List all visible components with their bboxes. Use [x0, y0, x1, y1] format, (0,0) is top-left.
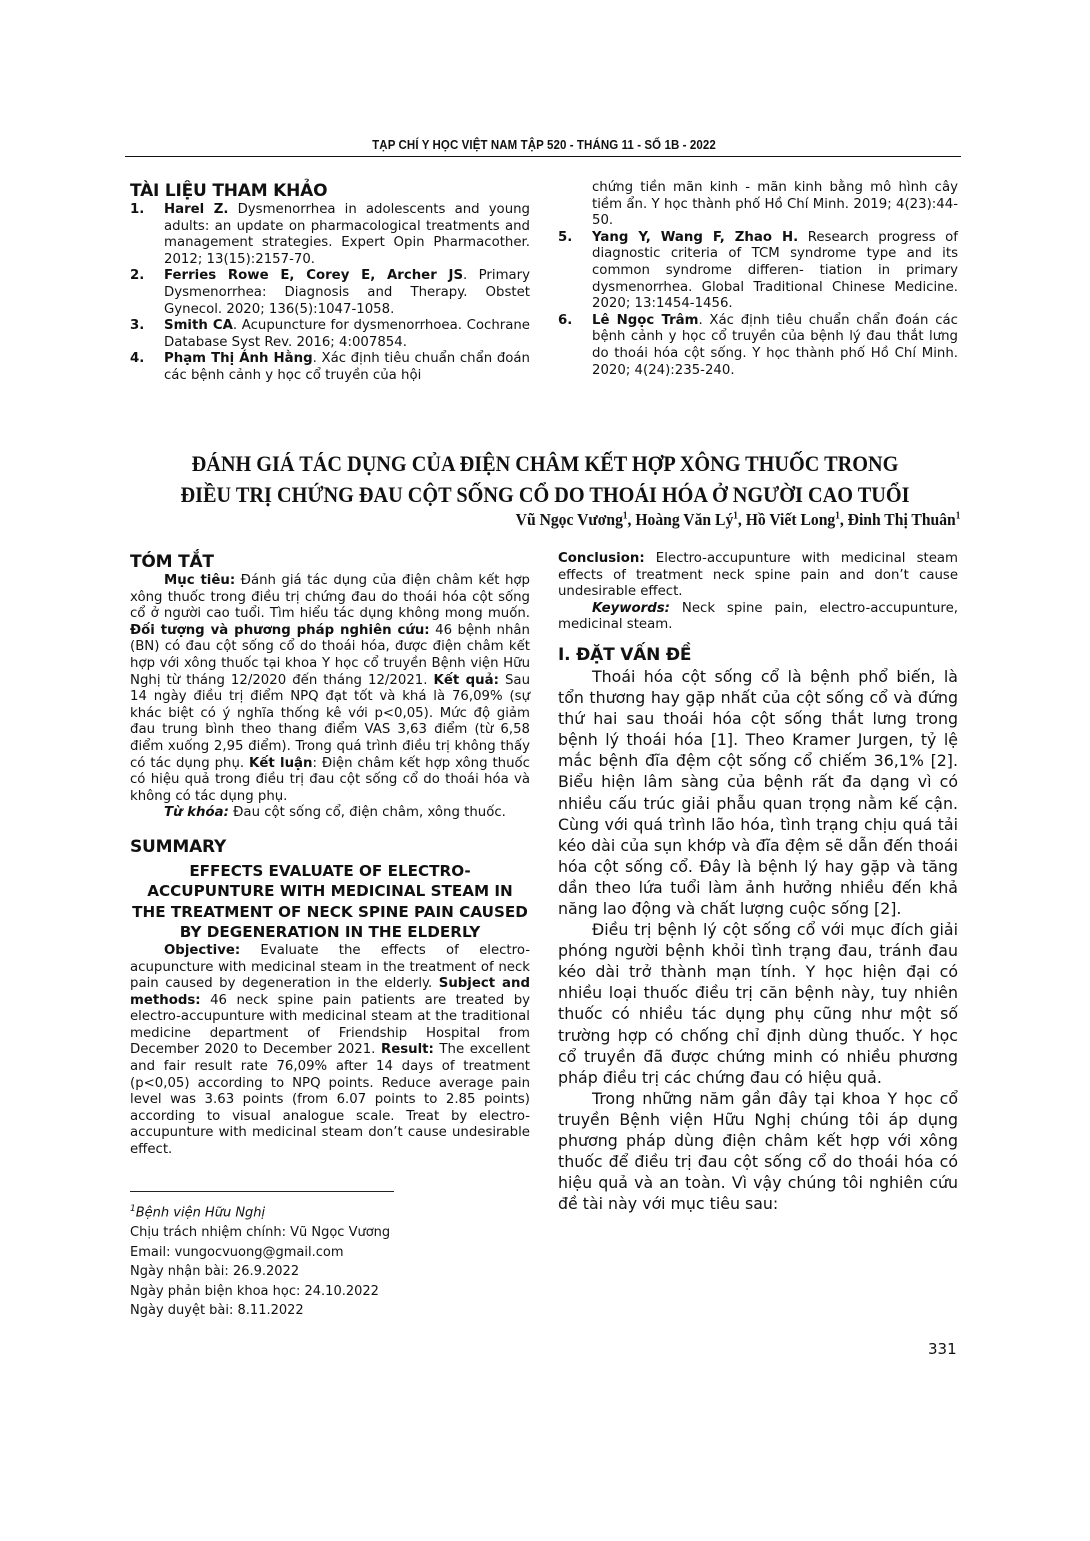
author-name: Đinh Thị Thuân: [847, 510, 955, 529]
header-rule: [125, 156, 961, 157]
references-left: TÀI LIỆU THAM KHẢO 1.Harel Z. Dysmenorrh…: [130, 180, 530, 385]
reference-item: 1.Harel Z. Dysmenorrhea in adolescents a…: [130, 202, 530, 268]
received-date: Ngày nhận bài: 26.9.2022: [130, 1262, 390, 1282]
summary-body: Objective: Evaluate the effects of elect…: [130, 943, 530, 1159]
reference-item: 5.Yang Y, Wang F, Zhao H. Research progr…: [558, 230, 958, 313]
abstract-body: Mục tiêu: Đánh giá tác dụng của điện châ…: [130, 573, 530, 805]
reference-authors: Harel Z.: [164, 202, 228, 217]
abstract-column: TÓM TẮT Mục tiêu: Đánh giá tác dụng của …: [130, 551, 530, 1159]
references-heading: TÀI LIỆU THAM KHẢO: [130, 180, 530, 202]
running-header: TẠP CHÍ Y HỌC VIỆT NAM TẬP 520 - THÁNG 1…: [161, 138, 926, 152]
reference-authors: Ferries Rowe E, Corey E, Archer JS: [164, 268, 463, 283]
reference-item-continued: chứng tiền mãn kinh - mãn kinh bằng mô h…: [558, 180, 958, 230]
reference-authors: Phạm Thị Ánh Hằng: [164, 351, 313, 366]
reference-item: 4.Phạm Thị Ánh Hằng. Xác định tiêu chuẩn…: [130, 351, 530, 384]
article-title: ĐÁNH GIÁ TÁC DỤNG CỦA ĐIỆN CHÂM KẾT HỢP …: [120, 448, 970, 510]
summary-heading: SUMMARY: [130, 836, 530, 858]
reference-authors: Lê Ngọc Trâm: [592, 313, 698, 328]
reference-authors: Yang Y, Wang F, Zhao H.: [592, 230, 798, 245]
author-name: Hồ Viết Long: [745, 510, 835, 529]
journal-page: TẠP CHÍ Y HỌC VIỆT NAM TẬP 520 - THÁNG 1…: [0, 0, 1090, 1541]
reference-authors: Smith CA: [164, 318, 233, 333]
affiliation: 1Bệnh viện Hữu Nghị: [130, 1200, 390, 1223]
author-name: Hoàng Văn Lý: [635, 510, 733, 529]
title-line-2: ĐIỀU TRỊ CHỨNG ĐAU CỘT SỐNG CỔ DO THOÁI …: [163, 479, 928, 510]
intro-paragraph: Trong những năm gần đây tại khoa Y học c…: [558, 1088, 958, 1215]
footnote-rule: [130, 1191, 394, 1192]
intro-paragraph: Điều trị bệnh lý cột sống cổ với mục đíc…: [558, 919, 958, 1088]
intro-column: Conclusion: Electro-accupunture with med…: [558, 551, 958, 1214]
accepted-date: Ngày duyệt bài: 8.11.2022: [130, 1301, 390, 1321]
reference-item: 6.Lê Ngọc Trâm. Xác định tiêu chuẩn chẩn…: [558, 313, 958, 379]
footnotes: 1Bệnh viện Hữu Nghị Chịu trách nhiệm chí…: [130, 1200, 390, 1321]
introduction-heading: I. ĐẶT VẤN ĐỀ: [558, 644, 958, 666]
introduction-body: Thoái hóa cột sống cổ là bệnh phổ biến, …: [558, 666, 958, 1214]
summary-title: EFFECTS EVALUATE OF ELECTRO-ACCUPUNTURE …: [130, 861, 530, 943]
corresponding-author: Chịu trách nhiệm chính: Vũ Ngọc Vương: [130, 1223, 390, 1243]
abstract-keywords: Từ khóa: Đau cột sống cổ, điện châm, xôn…: [130, 805, 530, 822]
title-line-1: ĐÁNH GIÁ TÁC DỤNG CỦA ĐIỆN CHÂM KẾT HỢP …: [163, 448, 928, 479]
abstract-heading: TÓM TẮT: [130, 551, 530, 573]
author-name: Vũ Ngọc Vương: [515, 510, 622, 529]
summary-conclusion: Conclusion: Electro-accupunture with med…: [558, 551, 958, 601]
page-number: 331: [928, 1340, 957, 1358]
references-right: chứng tiền mãn kinh - mãn kinh bằng mô h…: [558, 180, 958, 379]
reference-item: 2.Ferries Rowe E, Corey E, Archer JS. Pr…: [130, 268, 530, 318]
author-list: Vũ Ngọc Vương1, Hoàng Văn Lý1, Hồ Viết L…: [515, 510, 960, 530]
summary-keywords: Keywords: Neck spine pain, electro-accup…: [558, 601, 958, 634]
intro-paragraph: Thoái hóa cột sống cổ là bệnh phổ biến, …: [558, 666, 958, 919]
review-date: Ngày phản biện khoa học: 24.10.2022: [130, 1282, 390, 1302]
references-list: 1.Harel Z. Dysmenorrhea in adolescents a…: [130, 202, 530, 385]
reference-item: 3.Smith CA. Acupuncture for dysmenorrhoe…: [130, 318, 530, 351]
email: Email: vungocvuong@gmail.com: [130, 1243, 390, 1263]
